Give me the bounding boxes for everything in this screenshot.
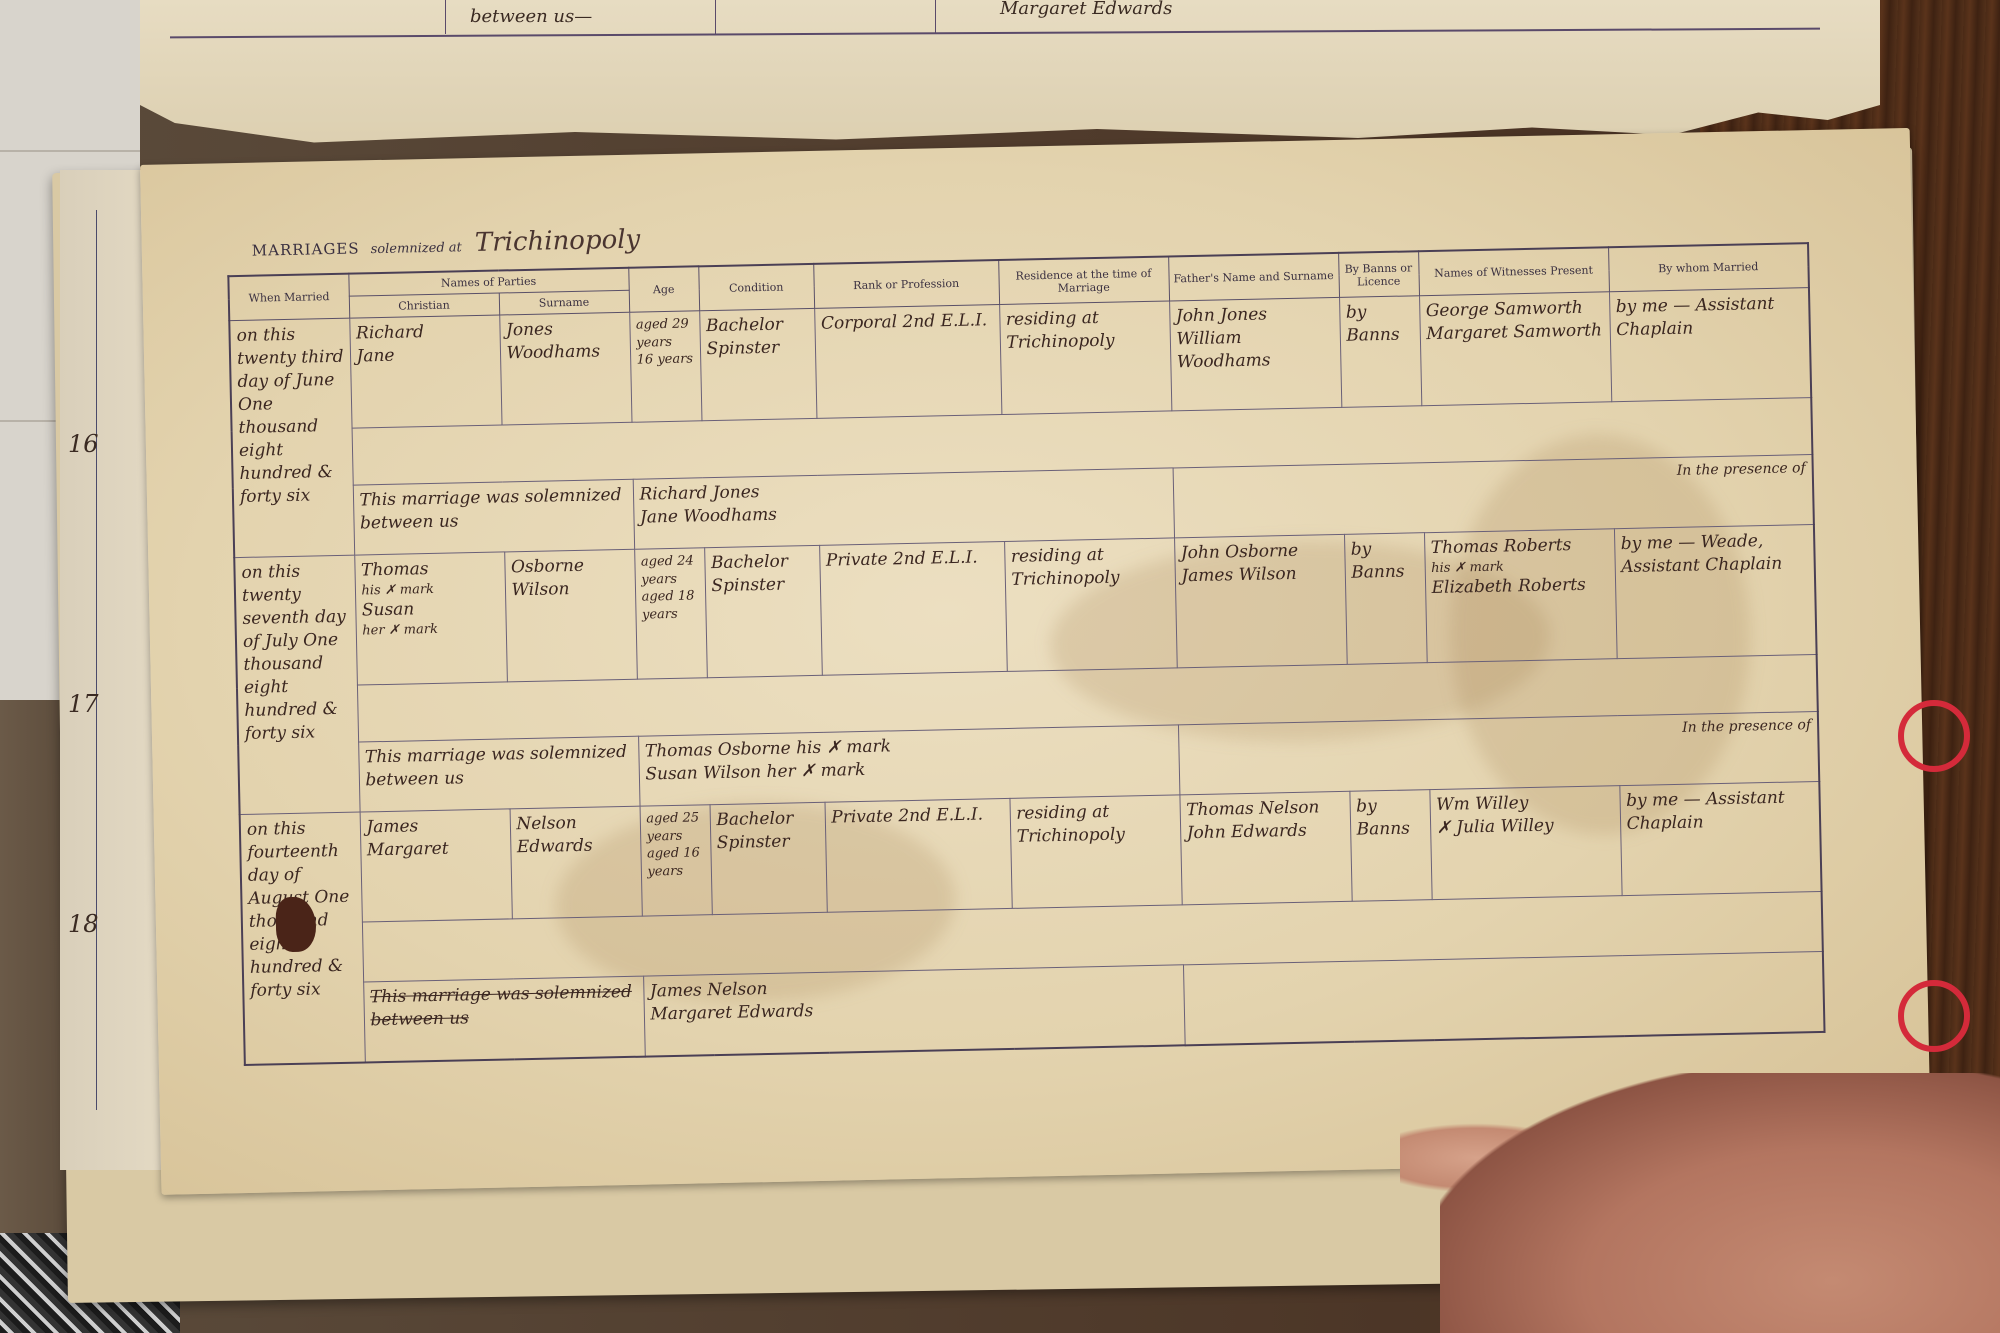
solemnized-label: This marriage was solemnized between us: [363, 976, 645, 1062]
christian-names-cell: James Margaret: [360, 809, 512, 922]
groom-christian: Thomas: [361, 557, 498, 583]
presence-cell: In the presence of: [1178, 711, 1819, 794]
rank-cell: Private 2nd E.L.I.: [824, 798, 1011, 912]
condition-cell: Bachelor Spinster: [699, 308, 816, 420]
when-married-cell: on this twenty seventh day of July One t…: [234, 555, 359, 814]
table-border: [170, 28, 1820, 39]
witnesses-cell: Wm Willey ✗ Julia Willey: [1429, 786, 1621, 900]
bride-age: 16 years: [637, 351, 694, 370]
bride-condition: Spinster: [717, 830, 819, 855]
groom-surname: Osborne: [511, 554, 628, 579]
witnesses-cell: George Samworth Margaret Samworth: [1419, 292, 1611, 406]
age-cell: aged 25 years aged 16 years: [640, 805, 712, 916]
upper-register-page: between us— Margaret Edwards: [140, 0, 1880, 150]
bride-father: John Edwards: [1186, 819, 1343, 845]
residence-cell: residing at Trichinopoly: [999, 301, 1171, 415]
groom-surname: Jones: [506, 317, 623, 342]
surnames-cell: Osborne Wilson: [504, 549, 637, 682]
signatures-cell: Richard Jones Jane Woodhams: [633, 468, 1174, 549]
groom-christian: James: [366, 814, 503, 840]
tile-grout: [0, 150, 140, 152]
heading-caps: MARRIAGES: [252, 239, 360, 259]
married-by-cell: by me — Weade, Assistant Chaplain: [1614, 525, 1817, 659]
col-father: Father's Name and Surname: [1168, 253, 1339, 301]
entry-number: 17: [68, 690, 99, 718]
married-by-cell: by me — Assistant Chaplain: [1609, 288, 1811, 402]
bride-christian: Susan: [362, 597, 499, 623]
banns-cell: by Banns: [1339, 296, 1421, 408]
solemnized-label: This marriage was solemnized between us: [358, 736, 639, 812]
bride-mark: her ✗ mark: [362, 620, 499, 640]
surnames-cell: Nelson Edwards: [510, 806, 642, 919]
groom-condition: Bachelor: [706, 313, 808, 338]
witnesses-cell: Thomas Roberts his ✗ mark Elizabeth Robe…: [1424, 529, 1617, 663]
groom-father: John Osborne: [1181, 539, 1338, 565]
bride-surname: Wilson: [511, 577, 628, 602]
rubber-band: [1898, 980, 1970, 1052]
bride-father: William Woodhams: [1176, 325, 1334, 374]
groom-surname: Nelson: [516, 811, 633, 836]
col-when-married: When Married: [228, 274, 349, 321]
column-line: [715, 0, 716, 34]
father-cell: John Osborne James Wilson: [1174, 534, 1347, 668]
col-banns: By Banns or Licence: [1338, 251, 1419, 297]
col-surname: Surname: [499, 290, 629, 315]
age-cell: aged 24 years aged 18 years: [634, 548, 707, 679]
solemnized-label: This marriage was solemnized between us: [353, 479, 634, 555]
bride-surname: Woodhams: [506, 340, 623, 365]
heading-italic: solemnized at: [371, 240, 462, 257]
residence-cell: residing at Trichinopoly: [1004, 538, 1177, 672]
rank-cell: Corporal 2nd E.L.I.: [814, 305, 1001, 419]
groom-age: aged 29 years: [636, 315, 694, 351]
col-rank: Rank or Profession: [813, 260, 999, 308]
surnames-cell: Jones Woodhams: [499, 312, 631, 425]
column-line: [935, 0, 936, 34]
married-by-cell: by me — Assistant Chaplain: [1619, 781, 1821, 895]
col-age: Age: [628, 266, 699, 312]
bride-condition: Spinster: [706, 336, 808, 361]
condition-cell: Bachelor Spinster: [710, 802, 827, 914]
presence-cell: In the presence of: [1173, 455, 1814, 538]
place-name: Trichinopoly: [475, 225, 641, 258]
bride-age: aged 18 years: [641, 587, 699, 623]
column-line: [96, 210, 97, 1110]
handwritten-fragment: between us—: [470, 6, 592, 27]
groom-age: aged 25 years: [646, 809, 704, 845]
christian-names-cell: Thomas his ✗ mark Susan her ✗ mark: [354, 552, 507, 685]
entry-number: 18: [68, 910, 99, 938]
witness-2: Elizabeth Roberts: [1431, 574, 1608, 601]
register-heading: MARRIAGES solemnized at Trichinopoly: [251, 225, 640, 263]
bride-father: James Wilson: [1181, 562, 1338, 588]
when-married-cell: on this twenty third day of June One tho…: [229, 318, 354, 557]
bride-condition: Spinster: [711, 573, 813, 598]
rubber-band: [1898, 700, 1970, 772]
signatures-cell: Thomas Osborne his ✗ mark Susan Wilson h…: [638, 725, 1179, 806]
col-christian: Christian: [349, 293, 499, 318]
groom-father: John Jones: [1176, 302, 1333, 328]
residence-cell: residing at Trichinopoly: [1009, 795, 1181, 909]
hand-holding-page: [1440, 1073, 2000, 1333]
father-cell: Thomas Nelson John Edwards: [1179, 791, 1351, 905]
entry-number: 16: [68, 430, 99, 458]
groom-christian: Richard: [356, 320, 493, 346]
col-married-by: By whom Married: [1608, 243, 1809, 292]
marriage-register-page: MARRIAGES solemnized at Trichinopoly Whe…: [140, 128, 1931, 1195]
bride-christian: Jane: [356, 343, 493, 369]
father-cell: John Jones William Woodhams: [1169, 297, 1341, 411]
groom-father: Thomas Nelson: [1186, 796, 1343, 822]
marriage-register-table: When Married Names of Parties Age Condit…: [227, 242, 1825, 1065]
condition-cell: Bachelor Spinster: [704, 545, 822, 677]
groom-age: aged 24 years: [641, 552, 699, 588]
col-condition: Condition: [698, 264, 814, 311]
witness-2: ✗ Julia Willey: [1436, 813, 1613, 840]
witness-2: Margaret Samworth: [1426, 319, 1603, 346]
blank-cell: [1183, 951, 1825, 1044]
bride-christian: Margaret: [367, 836, 504, 862]
col-residence: Residence at the time of Marriage: [998, 256, 1169, 304]
handwritten-fragment: Margaret Edwards: [1000, 0, 1172, 19]
bride-surname: Edwards: [517, 834, 634, 859]
bride-age: aged 16 years: [647, 844, 705, 880]
christian-names-cell: Richard Jane: [349, 315, 501, 428]
banns-cell: by Banns: [1349, 790, 1431, 902]
banns-cell: by Banns: [1344, 533, 1427, 665]
column-line: [445, 0, 446, 34]
signatures-cell: James Nelson Margaret Edwards: [643, 965, 1185, 1056]
rank-cell: Private 2nd E.L.I.: [819, 541, 1007, 675]
groom-condition: Bachelor: [711, 550, 813, 575]
col-witnesses: Names of Witnesses Present: [1418, 247, 1609, 295]
groom-condition: Bachelor: [716, 807, 818, 832]
age-cell: aged 29 years 16 years: [629, 311, 701, 422]
